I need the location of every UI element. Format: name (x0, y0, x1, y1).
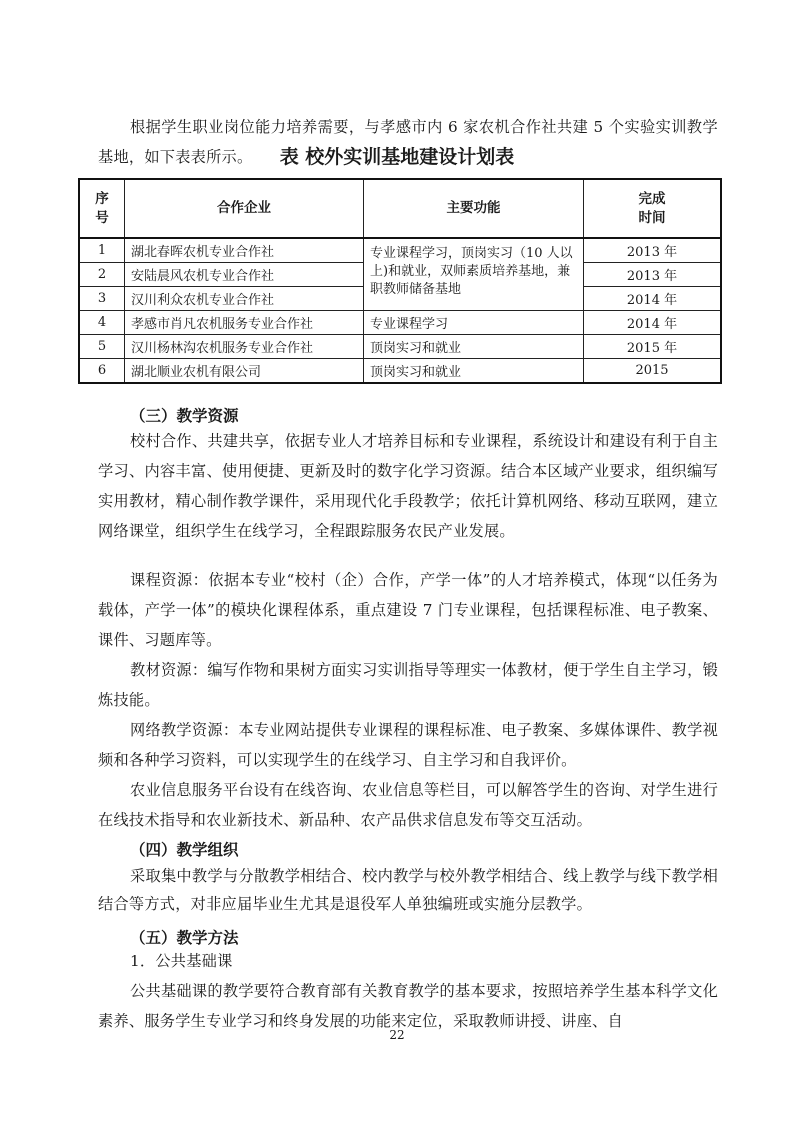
row-function: 顶岗实习和就业 (364, 335, 584, 359)
subheading-public-basic-courses: 1．公共基础课 (98, 946, 718, 976)
paragraph: 网络教学资源：本专业网站提供专业课程的课程标准、电子教案、多媒体课件、教学视频和… (98, 715, 718, 775)
row-no: 3 (79, 287, 125, 311)
row-function: 专业课程学习 (364, 311, 584, 335)
table-header-row: 序号 合作企业 主要功能 完成时间 (79, 179, 721, 238)
row-time: 2015 年 (584, 335, 722, 359)
header-function: 主要功能 (364, 179, 584, 238)
row-time: 2014 年 (584, 311, 722, 335)
header-no: 序号 (79, 179, 125, 238)
training-base-table: 序号 合作企业 主要功能 完成时间 1 湖北春晖农机专业合作社 专业课程学习，顶… (78, 178, 722, 384)
paragraph: 农业信息服务平台设有在线咨询、农业信息等栏目，可以解答学生的咨询、对学生进行在线… (98, 775, 718, 835)
header-time: 完成时间 (584, 179, 722, 238)
row-company: 汉川杨林沟农机服务专业合作社 (125, 335, 364, 359)
row-time: 2013 年 (584, 238, 722, 263)
row-no: 5 (79, 335, 125, 359)
table-caption: 表 校外实训基地建设计划表 (0, 142, 794, 169)
row-company: 湖北春晖农机专业合作社 (125, 238, 364, 263)
table-row: 5 汉川杨林沟农机服务专业合作社 顶岗实习和就业 2015 年 (79, 335, 721, 359)
row-no: 6 (79, 359, 125, 384)
paragraph: 公共基础课的教学要符合教育部有关教育教学的基本要求，按照培养学生基本科学文化素养… (98, 976, 718, 1036)
document-page: 根据学生职业岗位能力培养需要，与孝感市内 6 家农机合作社共建 5 个实验实训教… (0, 0, 794, 1123)
paragraph: 教材资源：编写作物和果树方面实习实训指导等理实一体教材，便于学生自主学习，锻炼技… (98, 655, 718, 715)
table-row: 6 湖北顺业农机有限公司 顶岗实习和就业 2015 (79, 359, 721, 384)
row-time: 2013 年 (584, 263, 722, 287)
row-company: 汉川利众农机专业合作社 (125, 287, 364, 311)
paragraph: 校村合作、共建共享，依据专业人才培养目标和专业课程，系统设计和建设有利于自主学习… (98, 426, 718, 546)
row-company: 湖北顺业农机有限公司 (125, 359, 364, 384)
row-time: 2014 年 (584, 287, 722, 311)
section-heading-teaching-methods: （五）教学方法 (130, 926, 239, 948)
row-company: 安陆晨风农机专业合作社 (125, 263, 364, 287)
row-company: 孝感市肖凡农机服务专业合作社 (125, 311, 364, 335)
row-no: 1 (79, 238, 125, 263)
row-time: 2015 (584, 359, 722, 384)
row-no: 2 (79, 263, 125, 287)
row-function-merged: 专业课程学习，顶岗实习（10 人以上)和就业，双师素质培养基地，兼职教师储备基地 (364, 238, 584, 311)
header-company: 合作企业 (125, 179, 364, 238)
page-number: 22 (0, 1028, 794, 1042)
table-row: 4 孝感市肖凡农机服务专业合作社 专业课程学习 2014 年 (79, 311, 721, 335)
section-heading-teaching-organization: （四）教学组织 (130, 838, 239, 860)
row-function: 顶岗实习和就业 (364, 359, 584, 384)
paragraph: 课程资源：依据本专业“校村（企）合作，产学一体”的人才培养模式，体现“以任务为载… (98, 565, 718, 655)
row-no: 4 (79, 311, 125, 335)
section-heading-teaching-resources: （三）教学资源 (130, 404, 239, 426)
table-row: 1 湖北春晖农机专业合作社 专业课程学习，顶岗实习（10 人以上)和就业，双师素… (79, 238, 721, 263)
paragraph: 采取集中教学与分散教学相结合、校内教学与校外教学相结合、线上教学与线下教学相结合… (98, 862, 718, 918)
